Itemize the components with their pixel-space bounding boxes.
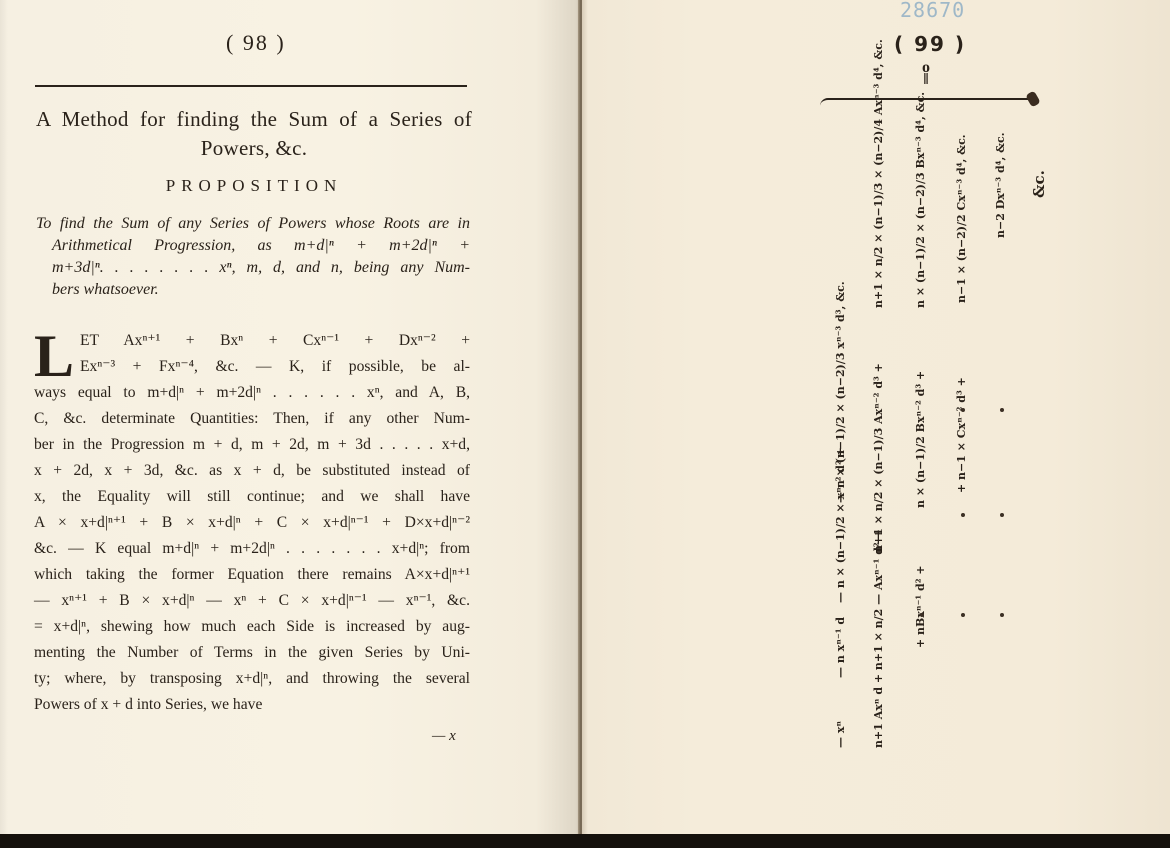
body-line: which taking the former Equation there r… (34, 562, 470, 588)
col2-upper: n+1 × n/2 × (n−1)/3 Axⁿ⁻² d³ + (872, 363, 885, 553)
equation-column: n × (n−1)/2 × (n−2)/3 Bxⁿ⁻³ d⁴, &c. n × … (914, 108, 938, 798)
dot (1000, 613, 1004, 617)
header-rule (35, 85, 467, 87)
equation-column: &c. (1030, 108, 1054, 798)
col1-upper: — n xⁿ⁻¹ d (834, 617, 847, 678)
body-line: Exⁿ⁻³ + Fxⁿ⁻⁴, &c. — K, if possible, be … (34, 354, 470, 380)
equals-zero: o‖ (922, 62, 930, 86)
dot (961, 613, 965, 617)
proposition-line: To find the Sum of any Series of Powers … (36, 213, 470, 235)
dot (1000, 408, 1004, 412)
body-line: &c. — K equal m+d|ⁿ + m+2d|ⁿ . . . . . .… (34, 536, 470, 562)
binding-edge (0, 834, 1170, 848)
body-line: C, &c. determinate Quantities: Then, if … (34, 406, 470, 432)
body-line: ber in the Progression m + d, m + 2d, m … (34, 432, 470, 458)
col2-bottom: n+1 Axⁿ d + n+1 × n/2 — Axⁿ⁻¹ d² + (872, 529, 885, 748)
dot (1000, 513, 1004, 517)
body-line: — xⁿ⁺¹ + B × x+d|ⁿ — xⁿ + C × x+d|ⁿ⁻¹ — … (34, 588, 470, 614)
body-line: A × x+d|ⁿ⁺¹ + B × x+d|ⁿ + C × x+d|ⁿ⁻¹ + … (34, 510, 470, 536)
catchword: — x (432, 728, 456, 745)
col2-top: n+1 × n/2 × (n−1)/3 × (n−2)/4 Axⁿ⁻³ d⁴, … (872, 39, 885, 308)
body-text: ET Axⁿ⁺¹ + Bxⁿ + Cxⁿ⁻¹ + Dxⁿ⁻² + Exⁿ⁻³ +… (34, 328, 470, 718)
col4-top: n−1 × (n−2)/2 Cxⁿ⁻³ d⁴, &c. (955, 134, 968, 303)
library-stamp: 28670 (900, 0, 965, 22)
col1-upper2: — n × (n−1)/2 × xⁿ⁻² d² + (834, 447, 847, 603)
section-heading: PROPOSITION (36, 176, 472, 196)
title-line-1: A Method for finding the Sum of a Series… (36, 105, 472, 134)
proposition-line: m+3d|ⁿ. . . . . . . . xⁿ, m, d, and n, b… (36, 257, 470, 279)
body-line: ways equal to m+d|ⁿ + m+2d|ⁿ . . . . . .… (34, 380, 470, 406)
body-line: Powers of x + d into Series, we have (34, 692, 470, 718)
body-line: x, the Equality will still continue; and… (34, 484, 470, 510)
col3-top: n × (n−1)/2 × (n−2)/3 Bxⁿ⁻³ d⁴, &c. (914, 92, 927, 308)
right-page: 28670 ( 99 ) o‖ — n × (n−1)/2 × (n−2)/3 … (582, 0, 1170, 838)
col4-upper: + n−1 × Cxⁿ⁻² d³ + (955, 377, 968, 493)
equation-column: — n × (n−1)/2 × (n−2)/3 xⁿ⁻³ d³, &c. — n… (834, 108, 858, 798)
body-line: ET Axⁿ⁺¹ + Bxⁿ + Cxⁿ⁻¹ + Dxⁿ⁻² + (34, 328, 470, 354)
dot (961, 408, 965, 412)
left-page: ( 98 ) A Method for finding the Sum of a… (0, 0, 582, 834)
body-line: x + 2d, x + 3d, &c. as x + d, be substit… (34, 458, 470, 484)
page-number-right: ( 99 ) (894, 32, 966, 56)
proposition-line: bers whatsoever. (36, 279, 470, 301)
equation-column: n−2 Dxⁿ⁻³ d⁴, &c. (994, 108, 1018, 798)
chapter-title: A Method for finding the Sum of a Series… (36, 105, 472, 163)
equation-column: n+1 × n/2 × (n−1)/3 × (n−2)/4 Axⁿ⁻³ d⁴, … (872, 108, 896, 798)
dot (961, 513, 965, 517)
equation-column: n−1 × (n−2)/2 Cxⁿ⁻³ d⁴, &c. + n−1 × Cxⁿ⁻… (955, 108, 979, 798)
col3-upper: n × (n−1)/2 Bxⁿ⁻² d³ + (914, 371, 927, 508)
col1-middle: — xⁿ (834, 721, 847, 748)
page-number-left: ( 98 ) (226, 30, 286, 56)
col5-top: n−2 Dxⁿ⁻³ d⁴, &c. (994, 132, 1007, 238)
body-line: ty; where, by transposing x+d|ⁿ, and thr… (34, 666, 470, 692)
proposition-statement: To find the Sum of any Series of Powers … (36, 213, 470, 301)
col6-top: &c. (1030, 170, 1048, 198)
col3-bottom: + nBxⁿ⁻¹ d² + (914, 565, 927, 648)
title-line-2: Powers, &c. (201, 136, 308, 160)
proposition-line: Arithmetical Progression, as m+d|ⁿ + m+2… (36, 235, 470, 257)
dot (920, 613, 924, 617)
body-line: menting the Number of Terms in the given… (34, 640, 470, 666)
body-line: = x+d|ⁿ, shewing how much each Side is i… (34, 614, 470, 640)
